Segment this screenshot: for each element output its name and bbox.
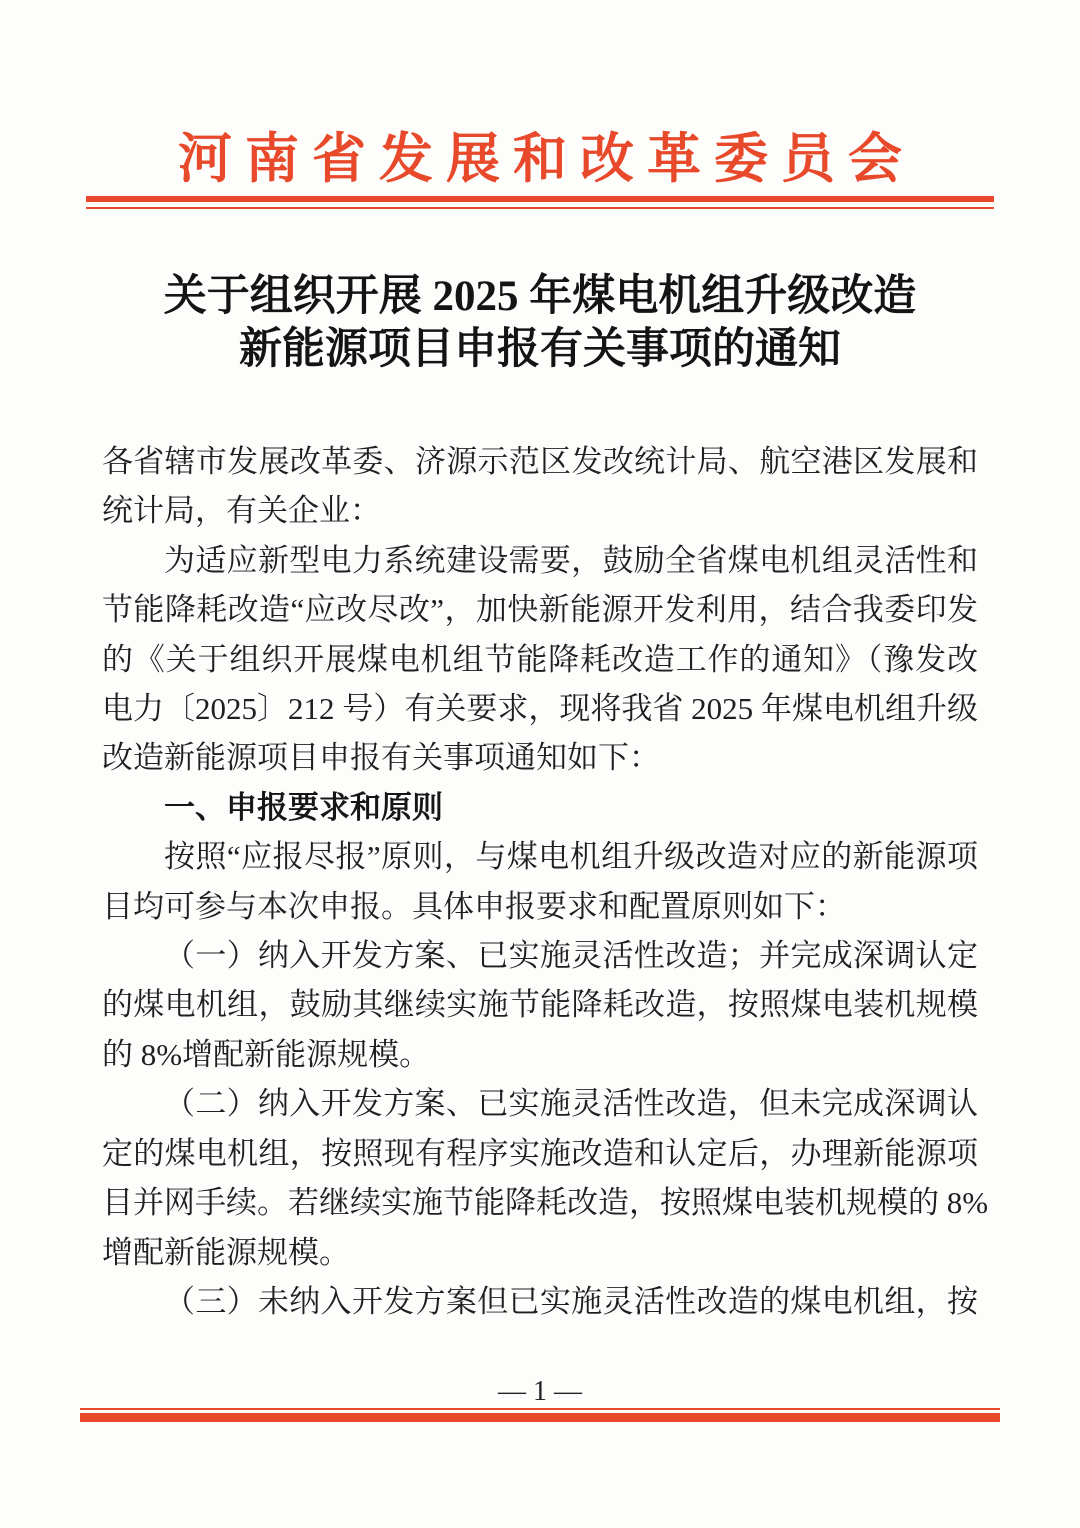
body-line: 增配新能源规模。 [102, 1228, 978, 1277]
paragraph-normal: 为适应新型电力系统建设需要，鼓励全省煤电机组灵活性和节能降耗改造“应改尽改”，加… [102, 536, 978, 783]
body-line: 电力〔2025〕212 号）有关要求，现将我省 2025 年煤电机组升级 [102, 684, 978, 733]
body-line: 改造新能源项目申报有关事项通知如下： [102, 733, 978, 782]
body-line: 节能降耗改造“应改尽改”，加快新能源开发利用，结合我委印发 [102, 585, 978, 634]
body-line: （三）未纳入开发方案但已实施灵活性改造的煤电机组，按 [102, 1277, 978, 1326]
body-line: 一、申报要求和原则 [102, 783, 978, 832]
document-header-org: 河南省发展和改革委员会 [0, 116, 1080, 193]
paragraph-normal: （二）纳入开发方案、已实施灵活性改造，但未完成深调认定的煤电机组，按照现有程序实… [102, 1079, 978, 1277]
body-line: 统计局，有关企业： [102, 486, 978, 535]
paragraph-normal: （三）未纳入开发方案但已实施灵活性改造的煤电机组，按 [102, 1277, 978, 1326]
body-line: 的《关于组织开展煤电机组节能降耗改造工作的通知》（豫发改 [102, 635, 978, 684]
header-divider-thin [86, 207, 994, 209]
footer-divider-thin [80, 1408, 1000, 1410]
body-line: 为适应新型电力系统建设需要，鼓励全省煤电机组灵活性和 [102, 536, 978, 585]
body-line: 目并网手续。若继续实施节能降耗改造，按照煤电装机规模的 8% [102, 1178, 978, 1227]
body-line: 各省辖市发展改革委、济源示范区发改统计局、航空港区发展和 [102, 437, 978, 486]
body-line: （二）纳入开发方案、已实施灵活性改造，但未完成深调认 [102, 1079, 978, 1128]
header-divider-thick [86, 196, 994, 202]
body-line: 定的煤电机组，按照现有程序实施改造和认定后，办理新能源项 [102, 1129, 978, 1178]
body-line: 目均可参与本次申报。具体申报要求和配置原则如下： [102, 882, 978, 931]
document-body: 各省辖市发展改革委、济源示范区发改统计局、航空港区发展和统计局，有关企业：为适应… [102, 437, 978, 1326]
footer-divider-thick [80, 1413, 1000, 1422]
page-number: — 1 — [0, 1376, 1080, 1408]
paragraph-normal: 按照“应报尽报”原则，与煤电机组升级改造对应的新能源项目均可参与本次申报。具体申… [102, 832, 978, 931]
body-line: 的 8%增配新能源规模。 [102, 1030, 978, 1079]
document-title: 关于组织开展 2025 年煤电机组升级改造 新能源项目申报有关事项的通知 [0, 270, 1080, 376]
body-line: （一）纳入开发方案、已实施灵活性改造；并完成深调认定 [102, 931, 978, 980]
paragraph-normal: （一）纳入开发方案、已实施灵活性改造；并完成深调认定的煤电机组，鼓励其继续实施节… [102, 931, 978, 1079]
document-title-line1: 关于组织开展 2025 年煤电机组升级改造 [0, 270, 1080, 323]
body-line: 的煤电机组，鼓励其继续实施节能降耗改造，按照煤电装机规模 [102, 980, 978, 1029]
paragraph-heading: 一、申报要求和原则 [102, 783, 978, 832]
body-line: 按照“应报尽报”原则，与煤电机组升级改造对应的新能源项 [102, 832, 978, 881]
paragraph-salutation: 各省辖市发展改革委、济源示范区发改统计局、航空港区发展和统计局，有关企业： [102, 437, 978, 536]
document-page: 河南省发展和改革委员会 关于组织开展 2025 年煤电机组升级改造 新能源项目申… [0, 0, 1080, 1528]
document-title-line2: 新能源项目申报有关事项的通知 [0, 323, 1080, 376]
